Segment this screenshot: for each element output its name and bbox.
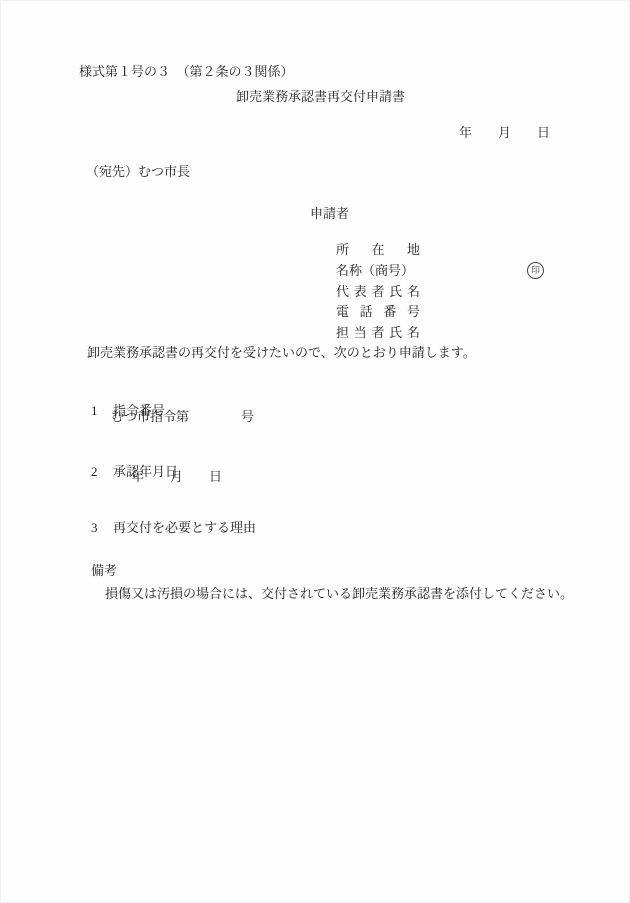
contact-person-label: 担当者氏名 [336,325,420,340]
item-2-detail: 年 月 日 [131,469,222,484]
application-statement: 卸売業務承認書の再交付を受けたいので、次のとおり申請します。 [87,345,476,360]
item-3-heading: 3再交付を必要とする理由 [78,505,256,550]
form-number: 様式第１号の３ （第２条の３関係） [79,64,294,79]
date-blank-line: 年 月 日 [459,125,550,140]
item-1-detail: むつ市指令第 号 [111,409,254,424]
item-1-number: 1 [91,403,113,418]
seal-mark-icon: 印 [527,262,544,279]
item-3-number: 3 [91,520,113,535]
remarks-heading: 備考 [91,563,117,578]
applicant-heading: 申請者 [310,206,349,221]
remarks-text: 損傷又は汚損の場合には、交付されている卸売業務承認書を添付してください。 [105,586,573,601]
form-title: 卸売業務承認書再交付申請書 [236,89,405,104]
item-2-number: 2 [91,464,113,479]
application-form-page: 様式第１号の３ （第２条の３関係） 卸売業務承認書再交付申請書 年 月 日 （宛… [0,0,630,903]
item-3-title: 再交付を必要とする理由 [113,520,256,535]
addressee-line: （宛先）むつ市長 [86,164,190,179]
